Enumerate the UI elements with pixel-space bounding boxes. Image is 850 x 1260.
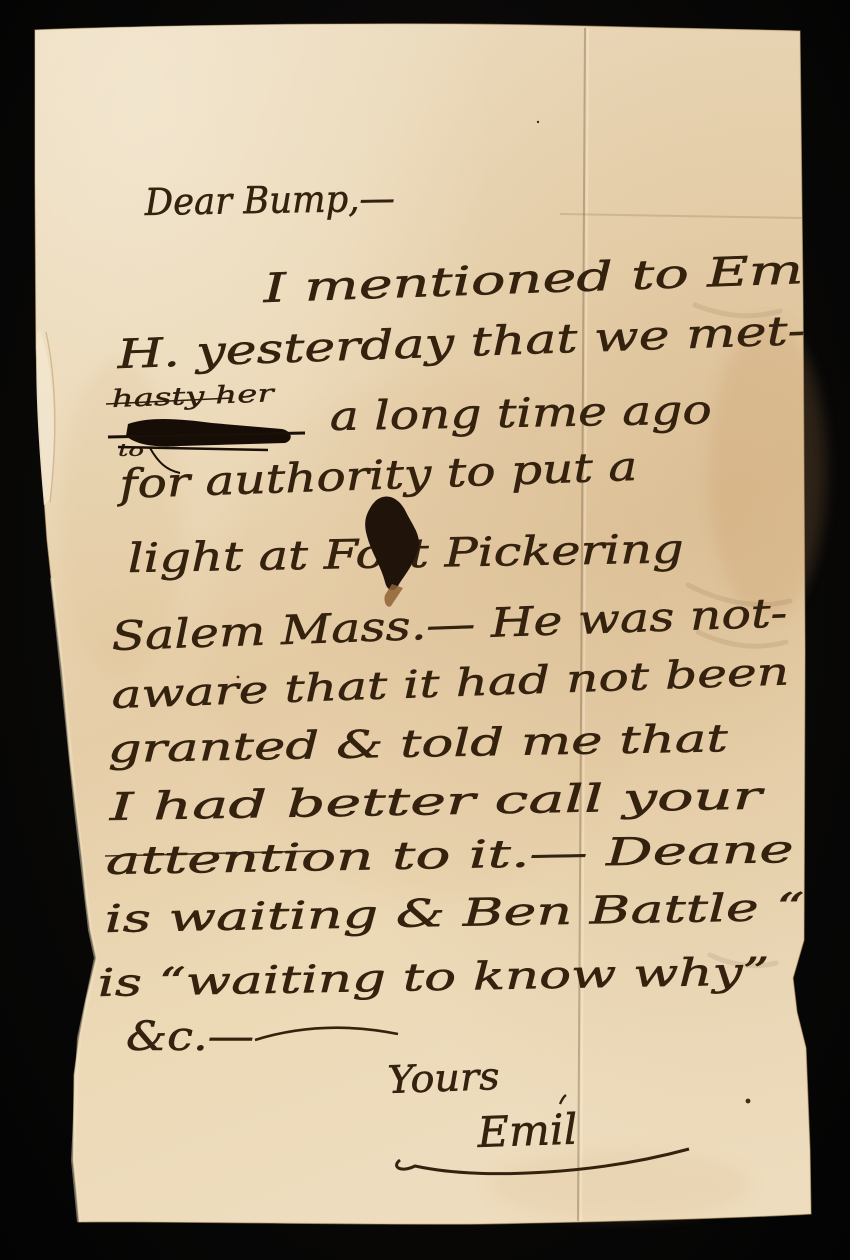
handwriting-line-signature: Emil	[476, 1105, 579, 1157]
handwriting-line-body: &c.—	[126, 1014, 254, 1060]
speck	[237, 676, 240, 679]
handwriting-line-closing: Yours	[387, 1054, 500, 1102]
speck	[537, 121, 539, 123]
stain	[710, 320, 826, 620]
handwriting-line-inserted-correction: hasty her	[111, 379, 276, 413]
stain	[490, 1151, 750, 1219]
speck	[746, 1099, 751, 1104]
handwriting-line-salutation: Dear Bump,—	[143, 177, 395, 224]
handwriting-line-struck-out-small: to	[118, 441, 144, 461]
photo-background: Dear Bump,—I mentioned to EmH. yesterday…	[0, 0, 850, 1260]
handwriting-line-body: a long time ago	[329, 387, 712, 440]
letter-photograph: Dear Bump,—I mentioned to EmH. yesterday…	[0, 0, 850, 1260]
